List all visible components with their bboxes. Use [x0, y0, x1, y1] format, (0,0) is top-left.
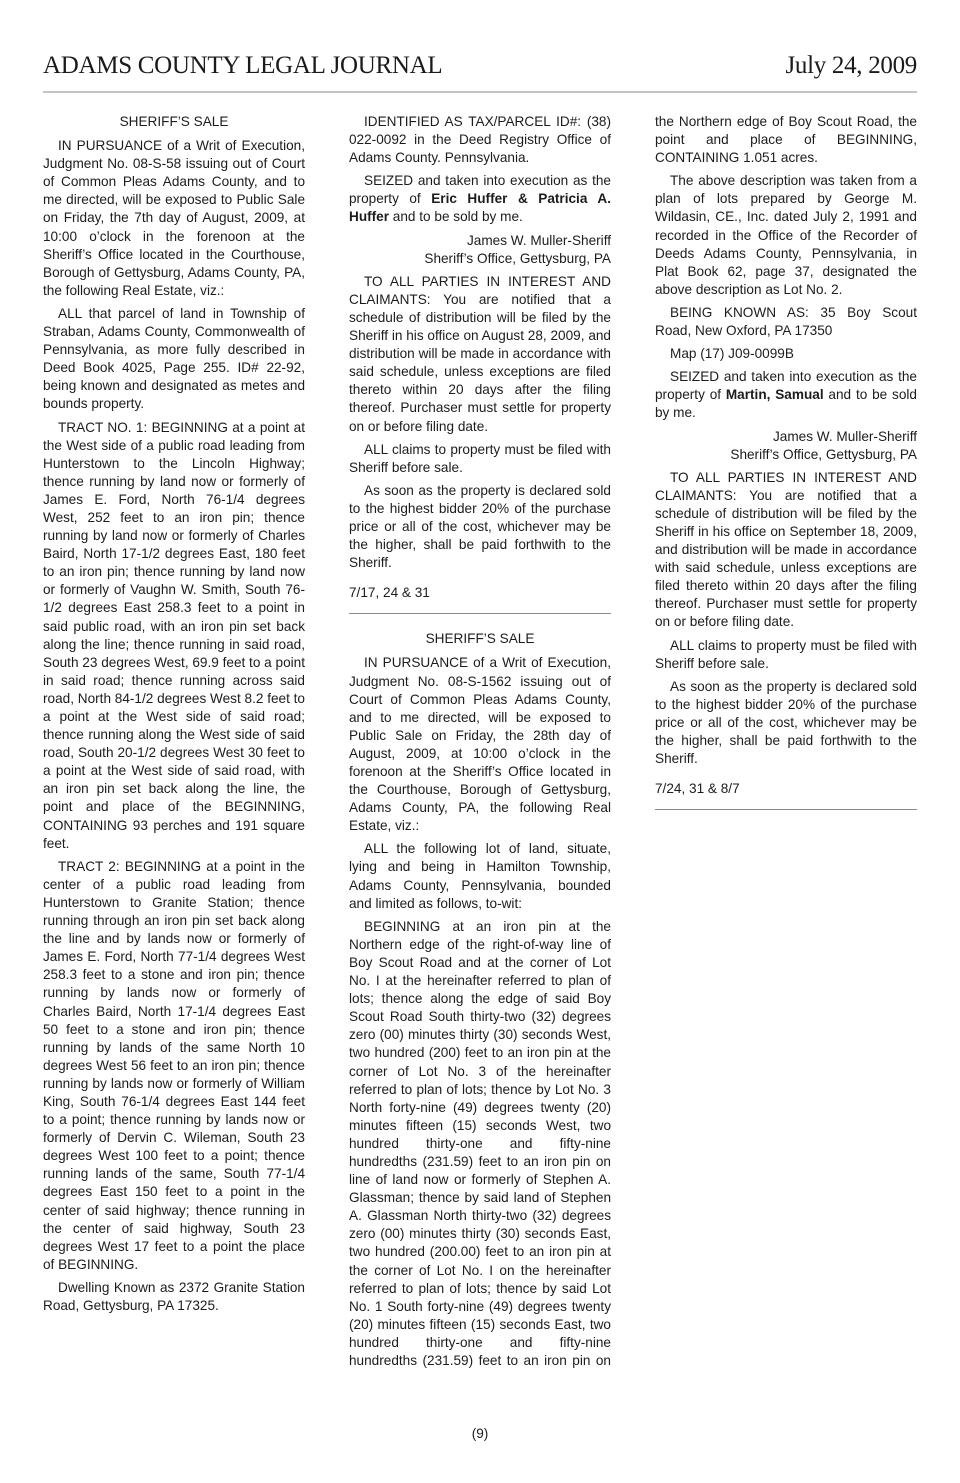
notice-end-divider: [655, 809, 917, 810]
notice-1-parcel: ALL that parcel of land in Township of S…: [43, 305, 305, 414]
notice-2-signature: James W. Muller-SheriffSheriff’s Office,…: [655, 428, 917, 464]
notice-1-tax-parcel: IDENTIFIED AS TAX/PARCEL ID#: (38) 022-0…: [349, 113, 611, 167]
sheriff-office: Sheriff’s Office, Gettysburg, PA: [424, 251, 611, 266]
property-owner: Martin, Samual: [726, 387, 824, 402]
seized-suffix: and to be sold by me.: [389, 209, 523, 224]
issue-date: July 24, 2009: [785, 52, 917, 80]
notice-2-payment: As soon as the property is declared sold…: [655, 678, 917, 768]
notice-1-heading: SHERIFF’S SALE: [43, 113, 305, 131]
notice-2-beginning-continued: the Northern edge of Boy Scout Road, the…: [655, 113, 917, 167]
column-1: SHERIFF’S SALE IN PURSUANCE of a Writ of…: [43, 113, 305, 1320]
notice-2-beginning: BEGINNING at an iron pin at the Northern…: [349, 918, 611, 1370]
notice-1-publication-dates: 7/17, 24 & 31: [349, 584, 611, 602]
notice-1-claims: ALL claims to property must be filed wit…: [349, 441, 611, 477]
notice-1-seized: SEIZED and taken into execution as the p…: [349, 172, 611, 226]
notice-2-heading: SHERIFF’S SALE: [349, 630, 611, 648]
header-divider: [43, 91, 917, 93]
page-number: (9): [0, 1426, 960, 1441]
notice-1-tract-2: TRACT 2: BEGINNING at a point in the cen…: [43, 858, 305, 1274]
notice-1-tract-1: TRACT NO. 1: BEGINNING at a point at the…: [43, 419, 305, 853]
notice-1-pursuance: IN PURSUANCE of a Writ of Execu­tion, Ju…: [43, 137, 305, 300]
notice-1-signature: James W. Muller-SheriffSheriff’s Office,…: [349, 232, 611, 268]
notice-2-publication-dates: 7/24, 31 & 8/7: [655, 780, 917, 798]
sheriff-office: Sheriff’s Office, Gettysburg, PA: [730, 447, 917, 462]
notice-2-map: Map (17) J09-0099B: [655, 345, 917, 363]
notice-divider: [349, 613, 611, 614]
notice-1-claimants: TO ALL PARTIES IN INTEREST AND CLAIMANTS…: [349, 273, 611, 436]
notice-2-lot: ALL the following lot of land, situate, …: [349, 840, 611, 912]
notice-2-claimants: TO ALL PARTIES IN INTEREST AND CLAIMANTS…: [655, 469, 917, 632]
column-2: IDENTIFIED AS TAX/PARCEL ID#: (38) 022-0…: [349, 113, 611, 1375]
notice-2-description: The above description was taken from a p…: [655, 172, 917, 299]
notice-2-claims: ALL claims to property must be filed wit…: [655, 637, 917, 673]
sheriff-name: James W. Muller-Sheriff: [773, 429, 917, 444]
page-header: ADAMS COUNTY LEGAL JOURNAL July 24, 2009: [43, 52, 917, 92]
column-3: the Northern edge of Boy Scout Road, the…: [655, 113, 917, 826]
notice-1-dwelling: Dwelling Known as 2372 Granite Station R…: [43, 1279, 305, 1315]
journal-title: ADAMS COUNTY LEGAL JOURNAL: [43, 52, 442, 80]
sheriff-name: James W. Muller-Sheriff: [467, 233, 611, 248]
notice-1-payment: As soon as the property is declared sold…: [349, 482, 611, 572]
notice-2-pursuance: IN PURSUANCE of a Writ of Execu­tion, Ju…: [349, 654, 611, 835]
notice-2-known-as: BEING KNOWN AS: 35 Boy Scout Road, New O…: [655, 304, 917, 340]
notice-2-seized: SEIZED and taken into execution as the p…: [655, 368, 917, 422]
